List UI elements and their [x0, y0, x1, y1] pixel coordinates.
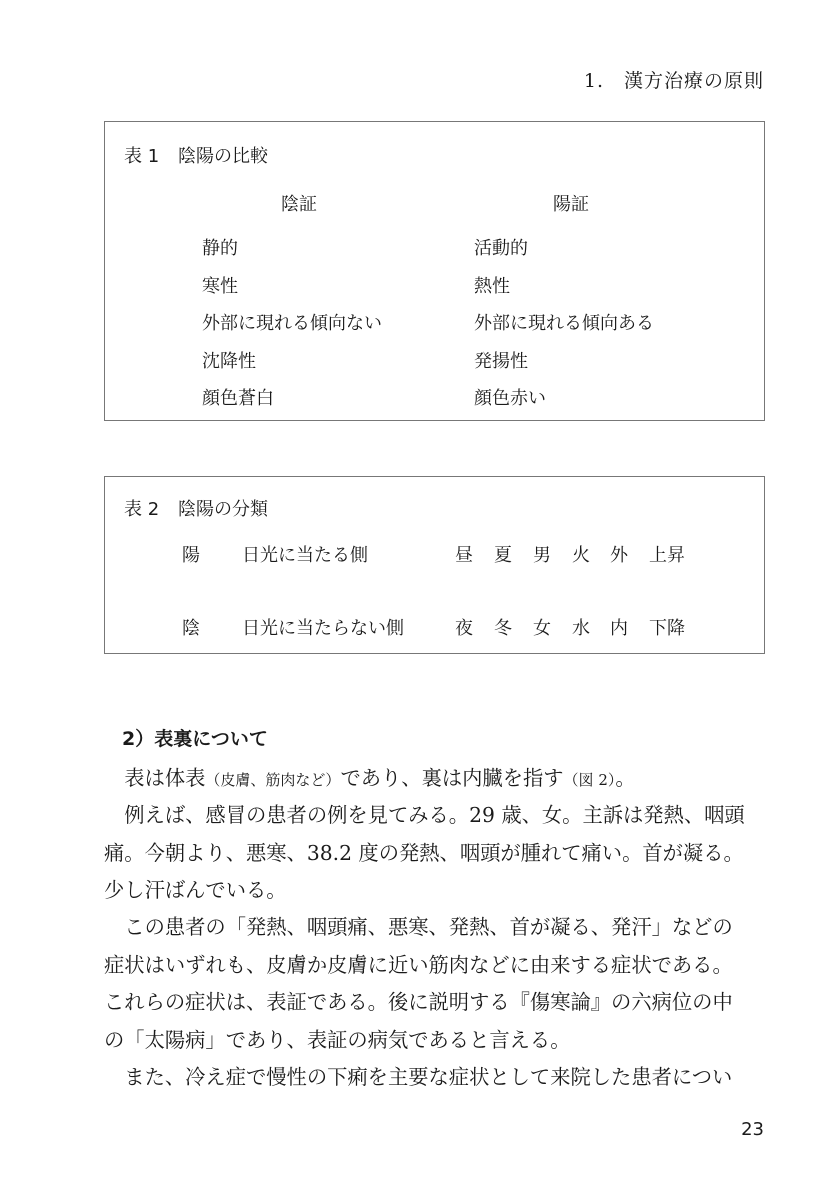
table-1-column-yin: 静的 寒性 外部に現れる傾向ない 沈降性 顔色蒼白 [202, 230, 382, 418]
paragraph: 例えば、感冒の患者の例を見てみる。29 歳、女。主訴は発熱、咽頭 痛。今朝より、… [104, 797, 768, 910]
table-1-cell: 沈降性 [202, 343, 382, 381]
table-2-caption: 表 2陰陽の分類 [124, 495, 268, 521]
table-2-item: 昼 [455, 541, 473, 567]
table-2-box: 表 2陰陽の分類 陽 日光に当たる側 昼 夏 男 火 外 上昇 陰 日光に当たら… [104, 476, 765, 654]
paragraph: この患者の「発熱、咽頭痛、悪寒、発熱、首が凝る、発汗」などの 症状はいずれも、皮… [104, 909, 768, 1059]
table-2-row-label: 陰 [182, 614, 200, 640]
table-2-item: 水 [572, 614, 590, 640]
paragraph-line: 表は体表（皮膚、筋肉など）であり、裏は内臓を指す（図 2）。 [104, 760, 768, 800]
table-2-item: 女 [533, 614, 551, 640]
paragraph-line: 症状はいずれも、皮膚か皮膚に近い筋肉などに由来する症状である。 [104, 947, 768, 985]
page-number: 23 [741, 1119, 764, 1140]
table-2-item: 上昇 [649, 541, 685, 567]
table-2-row-label: 陽 [182, 541, 200, 567]
paragraph-line: また、冷え症で慢性の下痢を主要な症状として来院した患者につい [104, 1059, 768, 1097]
table-2-item: 外 [610, 541, 628, 567]
parenthetical: （皮膚、筋肉など） [205, 771, 340, 789]
table-2-row-yin: 陰 日光に当たらない側 夜 冬 女 水 内 下降 [105, 614, 764, 644]
table-1-cell: 外部に現れる傾向ある [474, 305, 654, 343]
paragraph-line: 痛。今朝より、悪寒、38.2 度の発熱、咽頭が腫れて痛い。首が凝る。 [104, 835, 768, 873]
table-2-title: 陰陽の分類 [178, 499, 268, 520]
table-1-cell: 寒性 [202, 268, 382, 306]
table-1-header-yin: 陰証 [281, 190, 317, 216]
paragraph-line: 少し汗ばんでいる。 [104, 872, 768, 910]
table-2-item: 内 [610, 614, 628, 640]
table-2-row-description: 日光に当たる側 [242, 541, 368, 567]
paragraph-line: これらの症状は、表証である。後に説明する『傷寒論』の六病位の中 [104, 984, 768, 1022]
paragraph-line: 例えば、感冒の患者の例を見てみる。29 歳、女。主訴は発熱、咽頭 [104, 797, 768, 835]
table-2-row-description: 日光に当たらない側 [242, 614, 404, 640]
table-2-item: 冬 [494, 614, 512, 640]
table-2-item: 夜 [455, 614, 473, 640]
text-run: 表は体表 [104, 766, 205, 790]
table-2-number: 表 2 [124, 495, 178, 521]
table-2-item: 夏 [494, 541, 512, 567]
table-1-cell: 発揚性 [474, 343, 654, 381]
table-1-cell: 外部に現れる傾向ない [202, 305, 382, 343]
table-1-cell: 活動的 [474, 230, 654, 268]
paragraph: 表は体表（皮膚、筋肉など）であり、裏は内臓を指す（図 2）。 [104, 760, 768, 800]
table-2-row-yang: 陽 日光に当たる側 昼 夏 男 火 外 上昇 [105, 541, 764, 571]
paragraph-line: この患者の「発熱、咽頭痛、悪寒、発熱、首が凝る、発汗」などの [104, 909, 768, 947]
table-1-column-yang: 活動的 熱性 外部に現れる傾向ある 発揚性 顔色赤い [474, 230, 654, 418]
running-head: 1. 漢方治療の原則 [584, 66, 764, 93]
table-1-title: 陰陽の比較 [178, 146, 268, 167]
table-2-item: 男 [533, 541, 551, 567]
table-2-item: 下降 [649, 614, 685, 640]
table-1-caption: 表 1陰陽の比較 [124, 142, 268, 168]
paragraph: また、冷え症で慢性の下痢を主要な症状として来院した患者につい [104, 1059, 768, 1097]
section-heading: 2）表裏について [122, 724, 268, 751]
text-run: であり、裏は内臓を指す [340, 766, 563, 790]
text-run: 。 [615, 766, 635, 790]
paragraph-line: の「太陽病」であり、表証の病気であると言える。 [104, 1022, 768, 1060]
table-1-header-yang: 陽証 [553, 190, 589, 216]
table-1-number: 表 1 [124, 142, 178, 168]
table-1-cell: 熱性 [474, 268, 654, 306]
table-2-item: 火 [572, 541, 590, 567]
table-1-cell: 顔色赤い [474, 380, 654, 418]
table-1-box: 表 1陰陽の比較 陰証 陽証 静的 寒性 外部に現れる傾向ない 沈降性 顔色蒼白… [104, 121, 765, 421]
table-1-cell: 顔色蒼白 [202, 380, 382, 418]
figure-reference: （図 2） [564, 771, 616, 789]
table-1-cell: 静的 [202, 230, 382, 268]
